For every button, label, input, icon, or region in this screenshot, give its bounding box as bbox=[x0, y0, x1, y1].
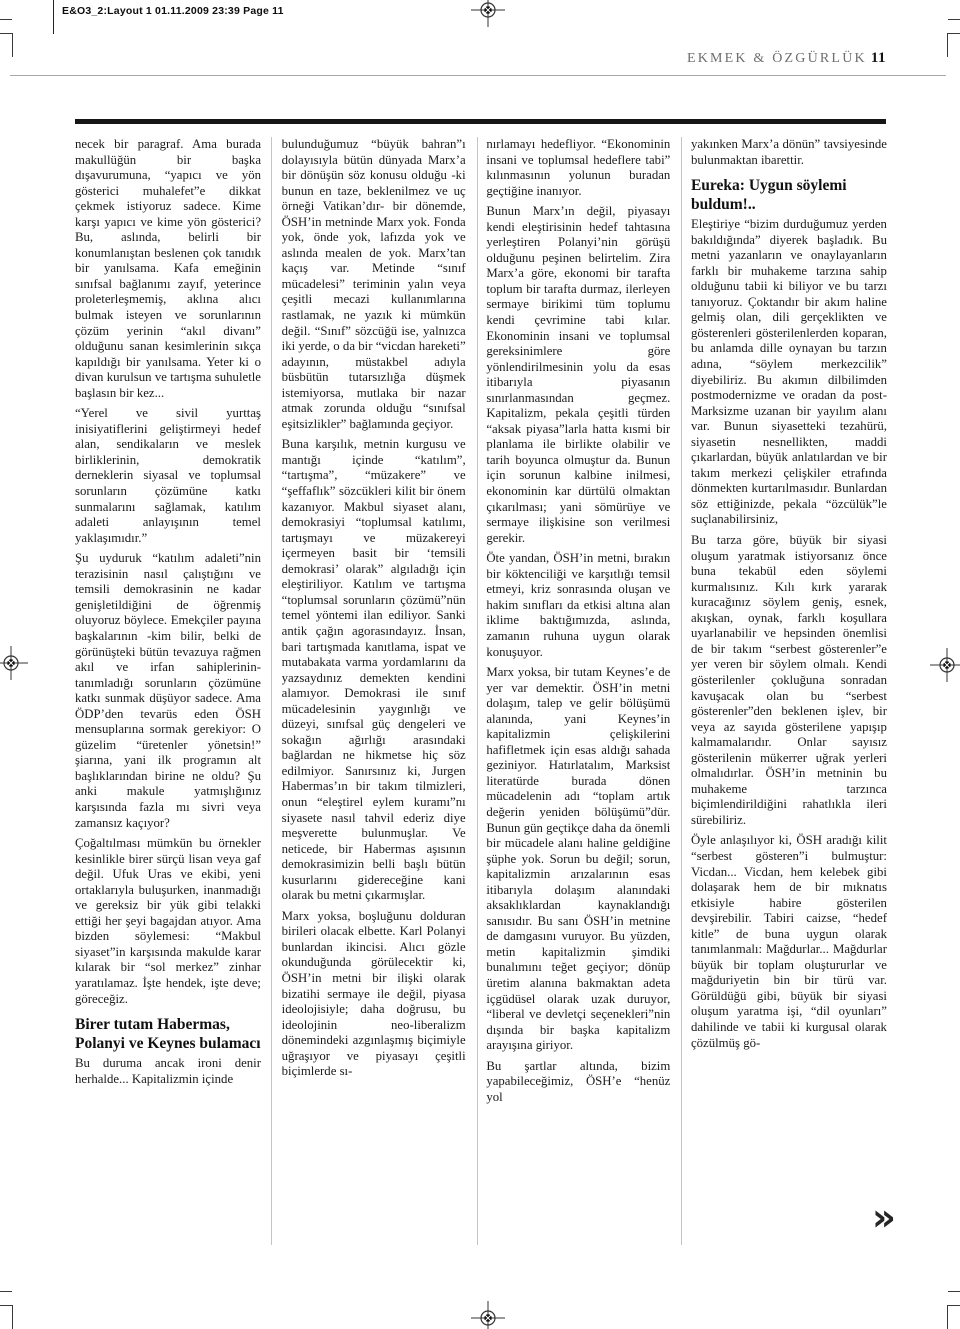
body-paragraph: Bu şartlar altında, bizim yapabileceğimi… bbox=[486, 1059, 670, 1106]
registration-mark-icon bbox=[471, 1301, 505, 1329]
article-column-4: yakınken Marx’a dönün” tavsiyesinde bulu… bbox=[691, 137, 887, 1249]
body-paragraph: Bu duruma ancak ironi denir herhalde... … bbox=[75, 1056, 261, 1087]
masthead: EKMEK & ÖZGÜRLÜK11 bbox=[75, 50, 886, 67]
page-number: 11 bbox=[867, 50, 886, 66]
section-subhead: Birer tutam Habermas, Polanyi ve Keynes … bbox=[75, 1016, 261, 1053]
crop-mark-icon bbox=[0, 1305, 12, 1306]
crop-mark-icon bbox=[947, 1305, 948, 1329]
body-paragraph: Marx yoksa, bir tutam Keynes’e de yer va… bbox=[486, 665, 670, 1054]
newspaper-page: E&O3_2:Layout 1 01.11.2009 23:39 Page 11… bbox=[0, 0, 960, 1329]
crop-mark-icon bbox=[12, 1305, 13, 1329]
body-paragraph: Öyle anlaşılıyor ki, ÖSH aradığı kilit “… bbox=[691, 833, 887, 1051]
crop-mark-icon bbox=[0, 19, 12, 20]
printer-slug: E&O3_2:Layout 1 01.11.2009 23:39 Page 11 bbox=[62, 5, 284, 17]
crop-mark-icon bbox=[948, 19, 960, 20]
body-paragraph: Marx yoksa, boşluğunu dolduran birileri … bbox=[282, 909, 466, 1080]
masthead-title: EKMEK & ÖZGÜRLÜK bbox=[687, 51, 867, 66]
article-top-bar bbox=[75, 119, 886, 124]
article-columns: necek bir paragraf. Ama burada makullüğü… bbox=[75, 137, 887, 1249]
registration-mark-icon bbox=[930, 648, 960, 682]
section-subhead: Eureka: Uygun söylemi buldum!.. bbox=[691, 177, 887, 214]
body-paragraph: Şu uyduruk “katılım adaleti”nin terazisi… bbox=[75, 551, 261, 831]
masthead-rule bbox=[10, 75, 946, 76]
trim-edge-mark bbox=[53, 0, 54, 34]
crop-mark-icon bbox=[948, 1291, 960, 1292]
body-paragraph: Öte yandan, ÖSH’in metni, bırakın bir kö… bbox=[486, 551, 670, 660]
crop-mark-icon bbox=[948, 33, 960, 34]
body-paragraph: “Yerel ve sivil yurttaş inisiyatiflerini… bbox=[75, 406, 261, 546]
body-paragraph: yakınken Marx’a dönün” tavsiyesinde bulu… bbox=[691, 137, 887, 168]
crop-mark-icon bbox=[12, 33, 13, 57]
continued-marker: » bbox=[872, 1199, 896, 1236]
crop-mark-icon bbox=[948, 1305, 960, 1306]
body-paragraph: nırlamayı hedefliyor. “Ekonominin insani… bbox=[486, 137, 670, 199]
article-column-3: nırlamayı hedefliyor. “Ekonominin insani… bbox=[486, 137, 670, 1249]
body-paragraph: Buna karşılık, metnin kurgusu ve mantığı… bbox=[282, 437, 466, 903]
body-paragraph: Çoğaltılması mümkün bu örnekler kesinlik… bbox=[75, 836, 261, 1007]
body-paragraph: bulunduğumuz “büyük bahran”ı dolayısıyla… bbox=[282, 137, 466, 432]
crop-mark-icon bbox=[0, 1291, 12, 1292]
article-column-2: bulunduğumuz “büyük bahran”ı dolayısıyla… bbox=[282, 137, 466, 1249]
crop-mark-icon bbox=[0, 33, 12, 34]
body-paragraph: necek bir paragraf. Ama burada makullüğü… bbox=[75, 137, 261, 401]
body-paragraph: Bu tarza göre, büyük bir siyasi oluşum y… bbox=[691, 533, 887, 828]
crop-mark-icon bbox=[947, 33, 948, 57]
registration-mark-icon bbox=[0, 646, 28, 680]
body-paragraph: Eleştiriye “bizim durduğumuz yerden bakı… bbox=[691, 217, 887, 528]
registration-mark-icon bbox=[471, 0, 505, 27]
body-paragraph: Bunun Marx’ın değil, piyasayı kendi eleş… bbox=[486, 204, 670, 546]
article-column-1: necek bir paragraf. Ama burada makullüğü… bbox=[75, 137, 261, 1249]
